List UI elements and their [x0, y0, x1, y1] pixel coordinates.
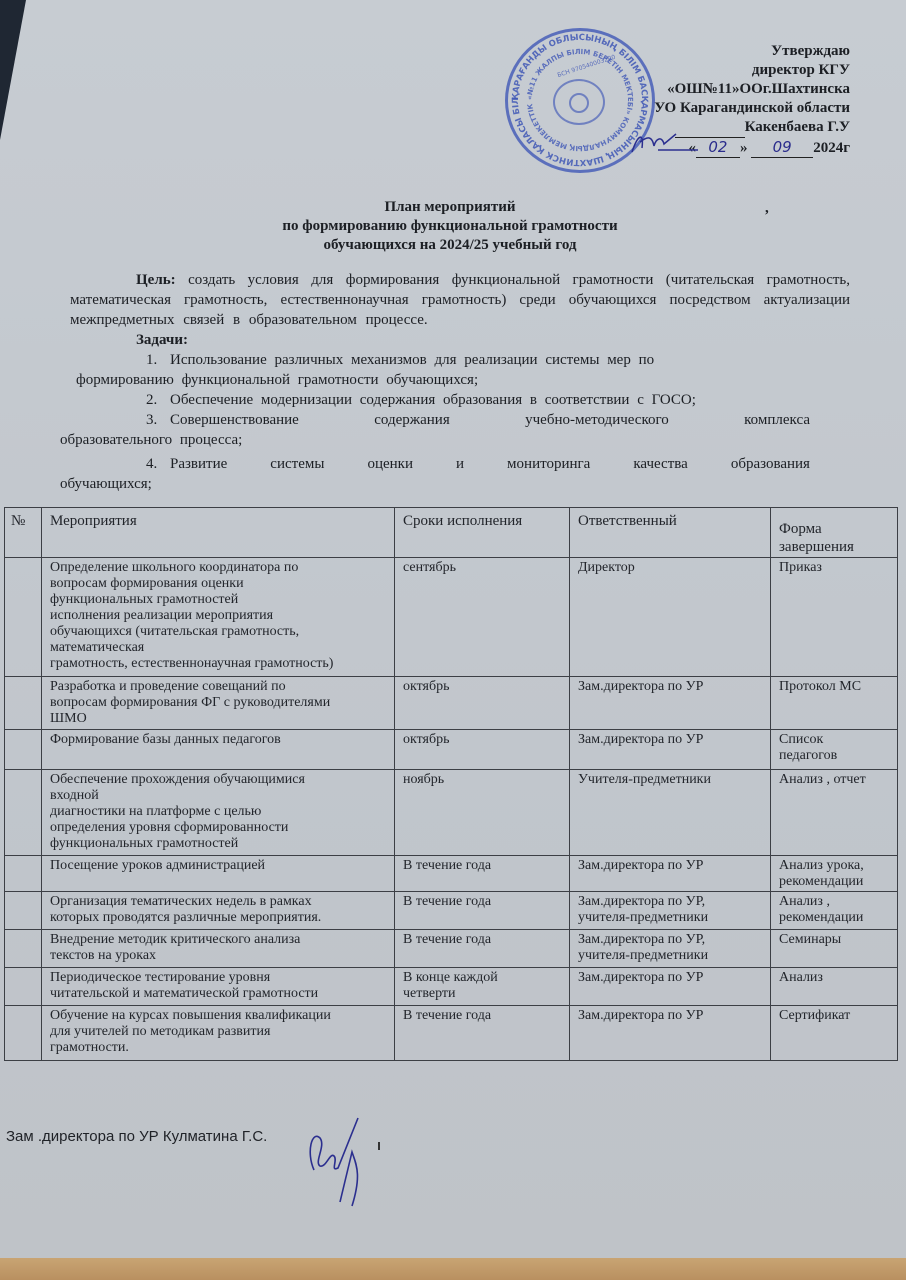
table-row: Посещение уроков администрацией В течени…: [5, 856, 898, 892]
cell-deadline: В течение года: [395, 892, 570, 930]
header-activities: Мероприятия: [42, 508, 395, 558]
state-emblem-icon: [553, 79, 605, 125]
pen-mark: [378, 1142, 380, 1150]
cell-number: [5, 892, 42, 930]
goal-text: создать условия для формирования функцио…: [70, 272, 850, 328]
cell-activity: Периодическое тестирование уровня читате…: [42, 968, 395, 1006]
cell-activity: Обеспечение прохождения обучающимися вхо…: [42, 770, 395, 856]
cell-number: [5, 856, 42, 892]
cell-deadline: В течение года: [395, 1006, 570, 1061]
task-text: Развитие системы оценки и мониторинга ка…: [170, 454, 850, 474]
date-year: 2024г: [813, 140, 850, 156]
cell-deadline: В течение года: [395, 856, 570, 892]
table-row: Определение школьного координатора по во…: [5, 558, 898, 677]
cell-number: [5, 968, 42, 1006]
date-month: 09: [751, 138, 813, 158]
cell-responsible: Зам.директора по УР: [570, 856, 771, 892]
task-item-2: 2.Обеспечение модернизации содержания об…: [70, 390, 850, 410]
cell-activity: Определение школьного координатора по во…: [42, 558, 395, 677]
cell-completion-form: Анализ , отчет: [771, 770, 898, 856]
table-row: Разработка и проведение совещаний по воп…: [5, 677, 898, 730]
task-text: Совершенствование содержания учебно-мето…: [170, 410, 850, 430]
cell-number: [5, 930, 42, 968]
cell-deadline: В течение года: [395, 930, 570, 968]
header-deadline: Сроки исполнения: [395, 508, 570, 558]
title-line-2: по формированию функциональной грамотнос…: [180, 217, 720, 236]
task-number: 3.: [146, 410, 170, 430]
task-text: Использование различных механизмов для р…: [170, 352, 654, 368]
header-responsible: Ответственный: [570, 508, 771, 558]
header-completion-form: Форма завершения: [771, 508, 898, 558]
cell-responsible: Зам.директора по УР, учителя-предметники: [570, 892, 771, 930]
title-line-3: обучающихся на 2024/25 учебный год: [180, 236, 720, 255]
table-row: Обучение на курсах повышения квалификаци…: [5, 1006, 898, 1061]
activities-table: № Мероприятия Сроки исполнения Ответстве…: [4, 507, 898, 1061]
cell-activity: Организация тематических недель в рамках…: [42, 892, 395, 930]
document-title: План мероприятий по формированию функцио…: [180, 198, 720, 255]
director-signature-icon: [628, 128, 708, 158]
cell-responsible: Зам.директора по УР: [570, 677, 771, 730]
cell-deadline: сентябрь: [395, 558, 570, 677]
cell-completion-form: Протокол МС: [771, 677, 898, 730]
cell-number: [5, 730, 42, 770]
cell-responsible: Зам.директора по УР: [570, 730, 771, 770]
cell-responsible: Директор: [570, 558, 771, 677]
document-body: Цель: создать условия для формирования ф…: [70, 270, 850, 494]
task-text-continued: образовательного процесса;: [60, 430, 850, 450]
task-text: Обеспечение модернизации содержания обра…: [170, 392, 696, 408]
table-row: Организация тематических недель в рамках…: [5, 892, 898, 930]
approval-school: «ОШ№11»ООг.Шахтинска: [654, 80, 850, 99]
cell-completion-form: Анализ урока, рекомендации: [771, 856, 898, 892]
header-number: №: [5, 508, 42, 558]
cell-activity: Формирование базы данных педагогов: [42, 730, 395, 770]
task-item-4: 4. Развитие системы оценки и мониторинга…: [70, 454, 850, 494]
approval-department: УО Карагандинской области: [654, 99, 850, 118]
cell-number: [5, 1006, 42, 1061]
task-number: 2.: [146, 390, 170, 410]
cell-activity: Посещение уроков администрацией: [42, 856, 395, 892]
cell-completion-form: Список педагогов: [771, 730, 898, 770]
title-line-1: План мероприятий: [180, 198, 720, 217]
cell-deadline: ноябрь: [395, 770, 570, 856]
task-item-1: 1.Использование различных механизмов для…: [70, 350, 850, 390]
table-row: Внедрение методик критического анализа т…: [5, 930, 898, 968]
deputy-signature-line: Зам .директора по УР Кулматина Г.С.: [6, 1128, 267, 1145]
cell-responsible: Зам.директора по УР: [570, 1006, 771, 1061]
cell-completion-form: Сертификат: [771, 1006, 898, 1061]
stray-comma-mark: ,: [765, 200, 769, 217]
task-number: 4.: [146, 454, 170, 474]
cell-number: [5, 558, 42, 677]
deputy-signature-icon: [300, 1112, 370, 1212]
table-row: Периодическое тестирование уровня читате…: [5, 968, 898, 1006]
cell-responsible: Зам.директора по УР, учителя-предметники: [570, 930, 771, 968]
table-header-row: № Мероприятия Сроки исполнения Ответстве…: [5, 508, 898, 558]
tasks-heading: Задачи:: [136, 330, 850, 350]
cell-activity: Обучение на курсах повышения квалификаци…: [42, 1006, 395, 1061]
cell-activity: Разработка и проведение совещаний по воп…: [42, 677, 395, 730]
cell-number: [5, 677, 42, 730]
cell-completion-form: Приказ: [771, 558, 898, 677]
background-desk: [0, 1258, 906, 1280]
cell-deadline: октябрь: [395, 677, 570, 730]
cell-number: [5, 770, 42, 856]
task-number: 1.: [146, 350, 170, 370]
approval-position: директор КГУ: [654, 61, 850, 80]
task-text-continued: обучающихся;: [60, 474, 850, 494]
table-row: Формирование базы данных педагогов октяб…: [5, 730, 898, 770]
cell-deadline: В конце каждой четверти: [395, 968, 570, 1006]
goal-label: Цель:: [136, 272, 176, 288]
goal-paragraph: Цель: создать условия для формирования ф…: [70, 270, 850, 330]
task-text-continued: формированию функциональной грамотности …: [70, 370, 850, 390]
table-row: Обеспечение прохождения обучающимися вхо…: [5, 770, 898, 856]
approval-heading: Утверждаю: [654, 42, 850, 61]
task-item-3: 3. Совершенствование содержания учебно-м…: [70, 410, 850, 450]
cell-responsible: Зам.директора по УР: [570, 968, 771, 1006]
approval-signer: Какенбаева Г.У: [745, 119, 850, 135]
cell-completion-form: Анализ , рекомендации: [771, 892, 898, 930]
cell-completion-form: Семинары: [771, 930, 898, 968]
cell-responsible: Учителя-предметники: [570, 770, 771, 856]
cell-deadline: октябрь: [395, 730, 570, 770]
cell-completion-form: Анализ: [771, 968, 898, 1006]
cell-activity: Внедрение методик критического анализа т…: [42, 930, 395, 968]
